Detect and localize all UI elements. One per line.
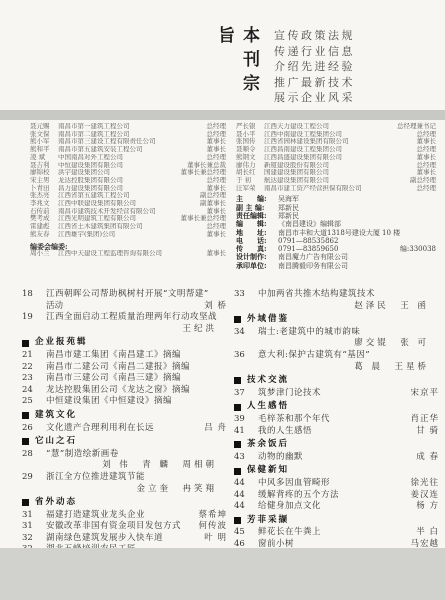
toc-section-label: 人生感悟 bbox=[247, 401, 289, 413]
board-row: 熊友春江西雄宇(集团)公司董事长 bbox=[30, 231, 226, 239]
toc-entry-title: 湖南绿色建筑发展步入快车道 bbox=[38, 533, 198, 545]
publication-info-value: 南昌腾毅印务有限公司 bbox=[278, 262, 436, 270]
toc-entry: 23南昌市三建公司《南昌三建》摘编 bbox=[22, 373, 227, 385]
toc-entry-continuation: 活动刘 桥 bbox=[22, 301, 227, 313]
divider-band-top bbox=[0, 110, 445, 120]
toc-entry: 34瑞士:老建筑中的城市韵味 bbox=[234, 327, 439, 339]
toc-entry: 36意大利:保护古建筑有“基因” bbox=[234, 350, 439, 362]
toc-section-header: 企业报苑辑 bbox=[22, 337, 227, 349]
board-row: 张国传江西省园林建设集团有限公司董事长 bbox=[236, 138, 436, 146]
toc-entry-authors: 半 白 bbox=[416, 527, 439, 539]
toc-entry-page-number: 26 bbox=[22, 423, 38, 435]
toc-entry-page-number: 31 bbox=[22, 521, 38, 533]
board-member-org: 新厦建设股份有限公司 bbox=[264, 162, 413, 170]
board-row: 胡长红国建建设集团有限公司董事长 bbox=[236, 169, 436, 177]
toc-entry-authors: 叶 明 bbox=[204, 533, 227, 545]
toc-section-header: 它山之石 bbox=[22, 436, 227, 448]
board-member-org: 江西省土木建筑集团有限公司 bbox=[58, 223, 203, 231]
board-member-org: 龙达控股集团有限公司 bbox=[58, 177, 203, 185]
toc-entry-title: 江西全面启动工程质量治理两年行动攻坚战 bbox=[38, 312, 227, 324]
toc-entry-page-number: 19 bbox=[22, 312, 38, 324]
toc-entry: 41我的人生感悟甘 骑 bbox=[234, 426, 439, 438]
board-member-org: 洪宇建设集团公司 bbox=[58, 169, 177, 177]
toc-entry: 21南昌市建工集团《南昌建工》摘编 bbox=[22, 350, 227, 362]
publication-info-value: 《南昌建设》编辑部 bbox=[278, 220, 436, 228]
toc-entry-title: 中加两省共推木结构建筑技术 bbox=[250, 289, 439, 301]
toc-section-header: 建筑文化 bbox=[22, 410, 227, 422]
toc-entry-authors: 王纪洪 bbox=[22, 324, 227, 336]
board-row: 熊小军南昌市第三建设工程有限责任公司董事长 bbox=[30, 138, 226, 146]
toc-section-header: 人生感悟 bbox=[234, 401, 439, 413]
toc-entry-title: 瑞士:老建筑中的城市韵味 bbox=[250, 327, 439, 339]
toc-entry-title: 动物的幽默 bbox=[250, 452, 410, 464]
toc-entry-page-number: 37 bbox=[234, 388, 250, 400]
toc-entry-authors: 宋京平 bbox=[410, 388, 439, 400]
toc-entry-authors: 何传波 bbox=[198, 521, 227, 533]
publication-info-value: 郑新民 bbox=[278, 204, 436, 212]
board-row: 聂小平江西中南建设工程集团公司总经理 bbox=[236, 131, 436, 139]
toc-entry-page-number: 44 bbox=[234, 501, 250, 513]
board-member-org: 江西中天建设工程监理咨询有限公司 bbox=[58, 250, 203, 258]
toc-entry-page-number: 24 bbox=[22, 385, 38, 397]
section-bullet-icon bbox=[234, 468, 241, 475]
toc-entry-authors: 徐光往 bbox=[410, 478, 439, 490]
toc-entry-title: 毛梓茶和那个年代 bbox=[250, 414, 404, 426]
motto-line: 展示企业风采 bbox=[274, 90, 355, 106]
motto-line: 宣传政策法规 bbox=[274, 28, 355, 44]
motto-line: 传递行业信息 bbox=[274, 44, 355, 60]
toc-entry-title: 意大利:保护古建筑有“基因” bbox=[250, 350, 439, 362]
board-member-org: 航达建设集团有限公司 bbox=[264, 177, 406, 185]
toc-entry-title: 福建打造建筑业龙头企业 bbox=[38, 510, 192, 522]
section-bullet-icon bbox=[234, 316, 241, 323]
board-member-org: 昌力建设集团有限公司 bbox=[58, 185, 203, 193]
editorial-board-right-list: 严长银江西天力建设工程公司总经理兼书记聂小平江西中南建设工程集团公司总经理张国传… bbox=[236, 123, 436, 192]
board-row: 汪军荣南昌市建工资产经营担保有限公司总经理 bbox=[236, 185, 436, 193]
publication-info-value: 南昌市丰和大道1318号建设大厦 10 楼 bbox=[278, 229, 436, 237]
toc-entry-title: 缓解背疼的五个方法 bbox=[250, 490, 404, 502]
board-member-name: 汪军荣 bbox=[236, 185, 264, 193]
board-member-org: 江西中联建设集团有限公司 bbox=[58, 200, 196, 208]
toc-entry-authors: 姜汉连 bbox=[410, 490, 439, 502]
toc-entry-page-number: 23 bbox=[22, 373, 38, 385]
toc-entry-authors: 赵泽民 王 函 bbox=[234, 301, 439, 313]
toc-left-column: 18江西朝晖公司帮助枫树村开展“文明帮建”活动刘 桥19江西全面启动工程质量治理… bbox=[22, 289, 227, 568]
motto-title: 本刊宗旨 bbox=[212, 26, 262, 118]
toc-entry: 44中风多因血管畸形徐光往 bbox=[234, 478, 439, 490]
toc-entry-authors: 成 春 bbox=[416, 452, 439, 464]
toc-entry-page-number: 25 bbox=[22, 396, 38, 408]
toc-entry: 37筑梦津门论技术宋京平 bbox=[234, 388, 439, 400]
toc-entry-title: 南昌市二建公司《南昌二建报》摘编 bbox=[38, 362, 227, 374]
toc-entry-page-number: 22 bbox=[22, 362, 38, 374]
toc-entry-title: 鲜花长在牛粪上 bbox=[250, 527, 410, 539]
board-member-org: 江西省第五建筑工程公司 bbox=[58, 192, 196, 200]
section-bullet-icon bbox=[234, 377, 241, 384]
publication-info-label: 承印单位: bbox=[236, 262, 278, 270]
toc-section-label: 省外动态 bbox=[35, 497, 77, 509]
board-member-org: 南昌市第二建筑工程公司 bbox=[58, 131, 203, 139]
toc-entry-page-number: 29 bbox=[22, 472, 38, 484]
board-row: 聂元赐南昌市第一建筑工程公司总经理 bbox=[30, 123, 226, 131]
toc-section-label: 企业报苑辑 bbox=[35, 337, 88, 349]
toc-entry: 22南昌市二建公司《南昌二建报》摘编 bbox=[22, 362, 227, 374]
toc-entry-title: 浙江全方位推进建筑节能 bbox=[38, 472, 227, 484]
toc-entry-title: 筑梦津门论技术 bbox=[250, 388, 404, 400]
editorial-board-right-column: 严长银江西天力建设工程公司总经理兼书记聂小平江西中南建设工程集团公司总经理张国传… bbox=[236, 123, 436, 270]
section-bullet-icon bbox=[234, 441, 241, 448]
toc-entry-page-number: 45 bbox=[234, 527, 250, 539]
toc-entry: 18江西朝晖公司帮助枫树村开展“文明帮建” bbox=[22, 289, 227, 301]
board-row: 雷建彪江西省土木建筑集团有限公司总经理 bbox=[30, 223, 226, 231]
board-member-title: 董事长 bbox=[207, 231, 227, 239]
editorial-board-left-column: 聂元赐南昌市第一建筑工程公司总经理张文保南昌市第二建筑工程公司总经理熊小军南昌市… bbox=[30, 123, 226, 258]
toc-entry-page-number: 32 bbox=[22, 533, 38, 545]
toc-section-header: 技术交流 bbox=[234, 375, 439, 387]
toc-entry-authors: 金立奎 冉笑翔 bbox=[22, 484, 227, 496]
toc-entry: 32湖南绿色建筑发展步入快车道叶 明 bbox=[22, 533, 227, 545]
committee-label: 编委会编委: bbox=[30, 243, 226, 251]
toc-entry-page-number: 33 bbox=[234, 289, 250, 301]
toc-entry-title: 南昌市三建公司《南昌三建》摘编 bbox=[38, 373, 227, 385]
board-member-org: 江西昌盛建设集团有限公司 bbox=[264, 154, 413, 162]
board-member-org: 南昌市第五建筑安装工程公司 bbox=[58, 146, 203, 154]
toc-entry-authors: 吕 舟 bbox=[204, 423, 227, 435]
toc-entry: 31福建打造建筑业龙头企业蔡希坤 bbox=[22, 510, 227, 522]
publication-info-row: 承印单位:南昌腾毅印务有限公司 bbox=[236, 262, 436, 270]
toc-entry: 43动物的幽默成 春 bbox=[234, 452, 439, 464]
toc-entry-page-number: 31 bbox=[22, 510, 38, 522]
toc-entry-title: 文化遗产合理利用利在长远 bbox=[38, 423, 198, 435]
journal-motto: 本刊宗旨 宣传政策法规 传递行业信息 介绍先进经验 推广最新技术 展示企业风采 bbox=[212, 26, 355, 118]
toc-entry-page-number: 18 bbox=[22, 289, 38, 301]
toc-entry-page-number: 43 bbox=[234, 452, 250, 464]
section-bullet-icon bbox=[234, 517, 241, 524]
toc-entry-page-number: 44 bbox=[234, 478, 250, 490]
toc-entry-title: 龙达控股集团公司《龙达之窗》摘编 bbox=[38, 385, 227, 397]
board-member-org: 国建建设集团有限公司 bbox=[264, 169, 413, 177]
toc-entry-page-number: 34 bbox=[234, 327, 250, 339]
section-bullet-icon bbox=[22, 340, 29, 347]
toc-entry-title: 中恒建设集团《中恒建设》摘编 bbox=[38, 396, 227, 408]
board-row: 于 初航达建设集团有限公司副总经理 bbox=[236, 177, 436, 185]
toc-entry-page-number: 41 bbox=[234, 426, 250, 438]
board-member-org: 南昌市建工资产经营担保有限公司 bbox=[264, 185, 413, 193]
board-member-org: 中恒建设集团有限公司 bbox=[58, 162, 183, 170]
toc-entry-title: “慧”制造绘新画卷 bbox=[38, 449, 227, 461]
toc-entry-authors: 葛 晨 王星桥 bbox=[234, 362, 439, 374]
toc-entry-title: 安徽改革非国有资金项目发包方式 bbox=[38, 521, 192, 533]
toc-section-header: 保健新知 bbox=[234, 465, 439, 477]
toc-entry: 25中恒建设集团《中恒建设》摘编 bbox=[22, 396, 227, 408]
board-row: 熊钢文江西昌盛建设集团有限公司董事长 bbox=[236, 154, 436, 162]
toc-entry-title: 给健身加点文化 bbox=[250, 501, 410, 513]
toc-section-header: 芳菲采撷 bbox=[234, 515, 439, 527]
section-bullet-icon bbox=[22, 438, 29, 445]
publication-info-row: 主 编:吴海军 bbox=[236, 195, 436, 203]
board-row: 张杰亮江西省第五建筑工程公司副总经理 bbox=[30, 192, 226, 200]
board-member-org: 江西光明建筑工程有限公司 bbox=[58, 215, 177, 223]
publication-info: 主 编:吴海军副 主 编:郑新民责任编辑:郑新民编 辑:《南昌建设》编辑部地 址… bbox=[236, 195, 436, 270]
section-bullet-icon bbox=[234, 404, 241, 411]
board-member-org: 江西雄宇(集团)公司 bbox=[58, 231, 203, 239]
toc-entry-authors: 蔡希坤 bbox=[198, 510, 227, 522]
board-member-org: 江西昌南建设工程集团公司 bbox=[264, 146, 413, 154]
divider-band-bottom bbox=[0, 548, 445, 600]
toc-entry: 33中加两省共推木结构建筑技术 bbox=[234, 289, 439, 301]
toc-entry-page-number: 44 bbox=[234, 490, 250, 502]
publication-info-value: 南昌魔力广告有限公司 bbox=[278, 253, 436, 261]
toc-section-label: 建筑文化 bbox=[35, 410, 77, 422]
toc-entry: 29浙江全方位推进建筑节能 bbox=[22, 472, 227, 484]
toc-entry-title: 江西朝晖公司帮助枫树村开展“文明帮建” bbox=[38, 289, 227, 301]
toc-section-header: 外域借鉴 bbox=[234, 314, 439, 326]
toc-entry-title: 南昌市建工集团《南昌建工》摘编 bbox=[38, 350, 227, 362]
board-row: 周小兰江西中天建设工程监理咨询有限公司董事长 bbox=[30, 250, 226, 258]
toc-entry: 31安徽改革非国有资金项目发包方式何传波 bbox=[22, 521, 227, 533]
motto-line: 推广最新技术 bbox=[274, 75, 355, 91]
publication-info-value: 0791—88535862 bbox=[278, 237, 436, 245]
board-member-org: 江西中南建设工程集团公司 bbox=[264, 131, 413, 139]
toc-entry-authors: 肖正华 bbox=[410, 414, 439, 426]
board-row: 熊和平南昌市第五建筑安装工程公司董事长 bbox=[30, 146, 226, 154]
toc-entry-title-cont: 活动 bbox=[46, 301, 63, 313]
toc-section-header: 茶余饭后 bbox=[234, 439, 439, 451]
toc-entry: 28“慧”制造绘新画卷 bbox=[22, 449, 227, 461]
toc-entry: 24龙达控股集团公司《龙达之窗》摘编 bbox=[22, 385, 227, 397]
toc-entry-title: 中风多因血管畸形 bbox=[250, 478, 404, 490]
board-row: 宋主男龙达控股集团有限公司总经理 bbox=[30, 177, 226, 185]
board-member-title: 总经理 bbox=[417, 185, 437, 193]
toc-section-label: 技术交流 bbox=[247, 375, 289, 387]
board-row: 廖伟力新厦建设股份有限公司总经理 bbox=[236, 162, 436, 170]
toc-entry: 44给健身加点文化杨 方 bbox=[234, 501, 439, 513]
toc-entry: 39毛梓茶和那个年代肖正华 bbox=[234, 414, 439, 426]
publication-info-value: 吴海军 bbox=[278, 195, 436, 203]
toc-section-header: 省外动态 bbox=[22, 497, 227, 509]
section-bullet-icon bbox=[22, 412, 29, 419]
toc-section-label: 茶余饭后 bbox=[247, 439, 289, 451]
toc-right-column: 33中加两省共推木结构建筑技术赵泽民 王 函外域借鉴34瑞士:老建筑中的城市韵味… bbox=[234, 289, 439, 574]
toc-section-label: 芳菲采撷 bbox=[247, 515, 289, 527]
toc-entry: 19江西全面启动工程质量治理两年行动攻坚战 bbox=[22, 312, 227, 324]
board-member-org: 中国南昌对外工程公司 bbox=[58, 154, 203, 162]
board-row: 樊考成江西光明建筑工程有限公司董事长兼总经理 bbox=[30, 215, 226, 223]
toc-entry-page-number: 21 bbox=[22, 350, 38, 362]
board-member-org: 南昌市第三建设工程有限责任公司 bbox=[58, 138, 203, 146]
toc-entry-authors: 甘 骑 bbox=[416, 426, 439, 438]
toc-entry-authors: 廖交锟 张 可 bbox=[234, 338, 439, 350]
toc-entry-authors: 刘 伟 青 麟 周相朝 bbox=[22, 460, 227, 472]
toc-entry: 45鲜花长在牛粪上半 白 bbox=[234, 527, 439, 539]
toc-section-label: 保健新知 bbox=[247, 465, 289, 477]
board-member-name: 周小兰 bbox=[30, 250, 58, 258]
board-row: 严长银江西天力建设工程公司总经理兼书记 bbox=[236, 123, 436, 131]
toc-entry-page-number: 36 bbox=[234, 350, 250, 362]
toc-entry-authors: 杨 方 bbox=[416, 501, 439, 513]
publication-info-value: 郑新民 bbox=[278, 212, 436, 220]
toc-section-label: 外域借鉴 bbox=[247, 314, 289, 326]
toc-entry-title: 我的人生感悟 bbox=[250, 426, 410, 438]
board-row: 李兆文江西中联建设集团有限公司副董事长 bbox=[30, 200, 226, 208]
board-row: 廖锦校洪宇建设集团公司董事长兼总经理 bbox=[30, 169, 226, 177]
board-member-org: 南昌市第一建筑工程公司 bbox=[58, 123, 203, 131]
toc-entry: 44缓解背疼的五个方法姜汉连 bbox=[234, 490, 439, 502]
board-row: 聂顺令江西昌南建设工程集团公司总经理 bbox=[236, 146, 436, 154]
toc-section-label: 它山之石 bbox=[35, 436, 77, 448]
motto-line: 介绍先进经验 bbox=[274, 59, 355, 75]
board-member-org: 江西天力建设工程公司 bbox=[264, 123, 393, 131]
section-bullet-icon bbox=[22, 499, 29, 506]
toc-entry: 26文化遗产合理利用利在长远吕 舟 bbox=[22, 423, 227, 435]
toc-entry-page-number: 39 bbox=[234, 414, 250, 426]
toc-entry-page-number: 28 bbox=[22, 449, 38, 461]
board-member-org: 江西省园林建设集团有限公司 bbox=[264, 138, 413, 146]
board-row: 卜青田昌力建设集团有限公司董事长 bbox=[30, 185, 226, 193]
publication-info-extra: 编:330038 bbox=[400, 245, 436, 253]
toc-entry-authors: 刘 桥 bbox=[204, 301, 227, 313]
board-row: 张文保南昌市第二建筑工程公司总经理 bbox=[30, 131, 226, 139]
board-member-title: 董事长 bbox=[207, 250, 227, 258]
magazine-masthead-page: 本刊宗旨 宣传政策法规 传递行业信息 介绍先进经验 推广最新技术 展示企业风采 … bbox=[0, 0, 445, 600]
motto-lines: 宣传政策法规 传递行业信息 介绍先进经验 推广最新技术 展示企业风采 bbox=[274, 28, 355, 118]
board-member-name: 熊友春 bbox=[30, 231, 58, 239]
